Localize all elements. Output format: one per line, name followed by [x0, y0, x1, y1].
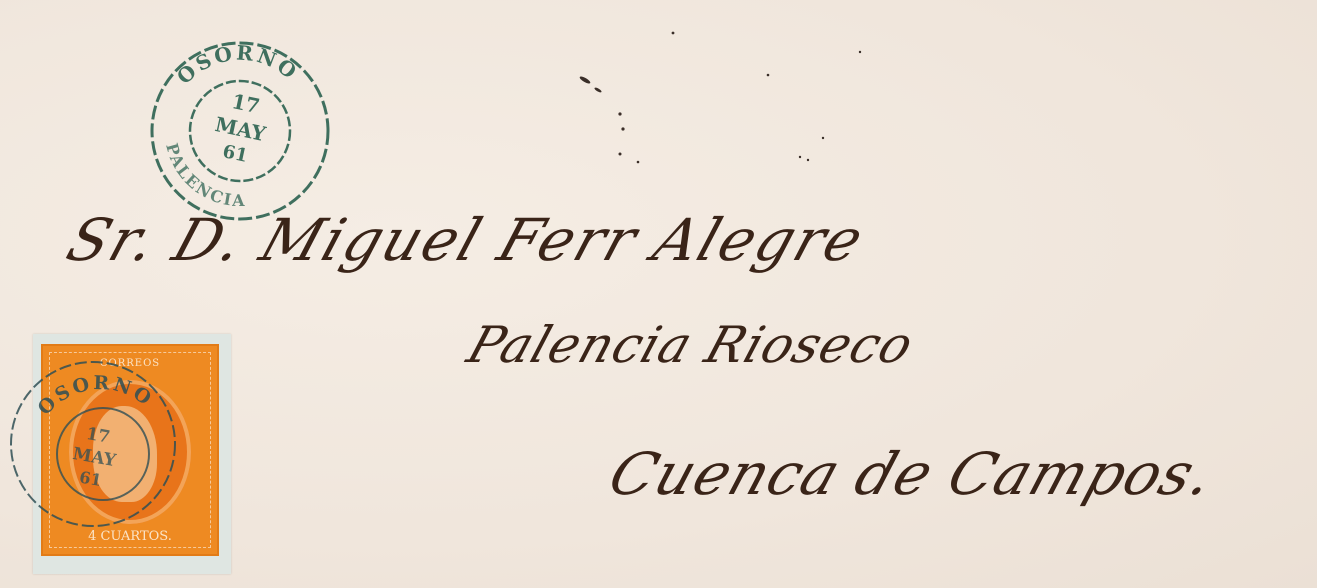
- envelope: OSORNO PALENCIA 17 MAY 61 Sr. D. Miguel …: [0, 0, 1317, 588]
- svg-text:61: 61: [78, 467, 103, 490]
- svg-text:OSORNO: OSORNO: [34, 372, 158, 420]
- svg-text:17: 17: [85, 424, 112, 448]
- postmark-day: 17: [230, 89, 262, 118]
- postmark-month: MAY: [213, 112, 269, 146]
- stamp-cancellation: OSORNO 17 MAY 61: [3, 354, 183, 534]
- ink-specks: [560, 20, 900, 170]
- address-line-town: Cuenca de Campos.: [601, 440, 1223, 508]
- postmark-town: OSORNO: [172, 41, 303, 89]
- svg-text:OSORNO: OSORNO: [172, 41, 303, 89]
- postmark-year: 61: [221, 141, 250, 167]
- postage-stamp: CORREOS 4 CUARTOS. OSORNO 17 MAY 61: [33, 334, 231, 574]
- address-line-city: Palencia Rioseco: [461, 316, 922, 374]
- postmark-osorno: OSORNO PALENCIA 17 MAY 61: [145, 38, 335, 224]
- svg-text:MAY: MAY: [71, 444, 118, 471]
